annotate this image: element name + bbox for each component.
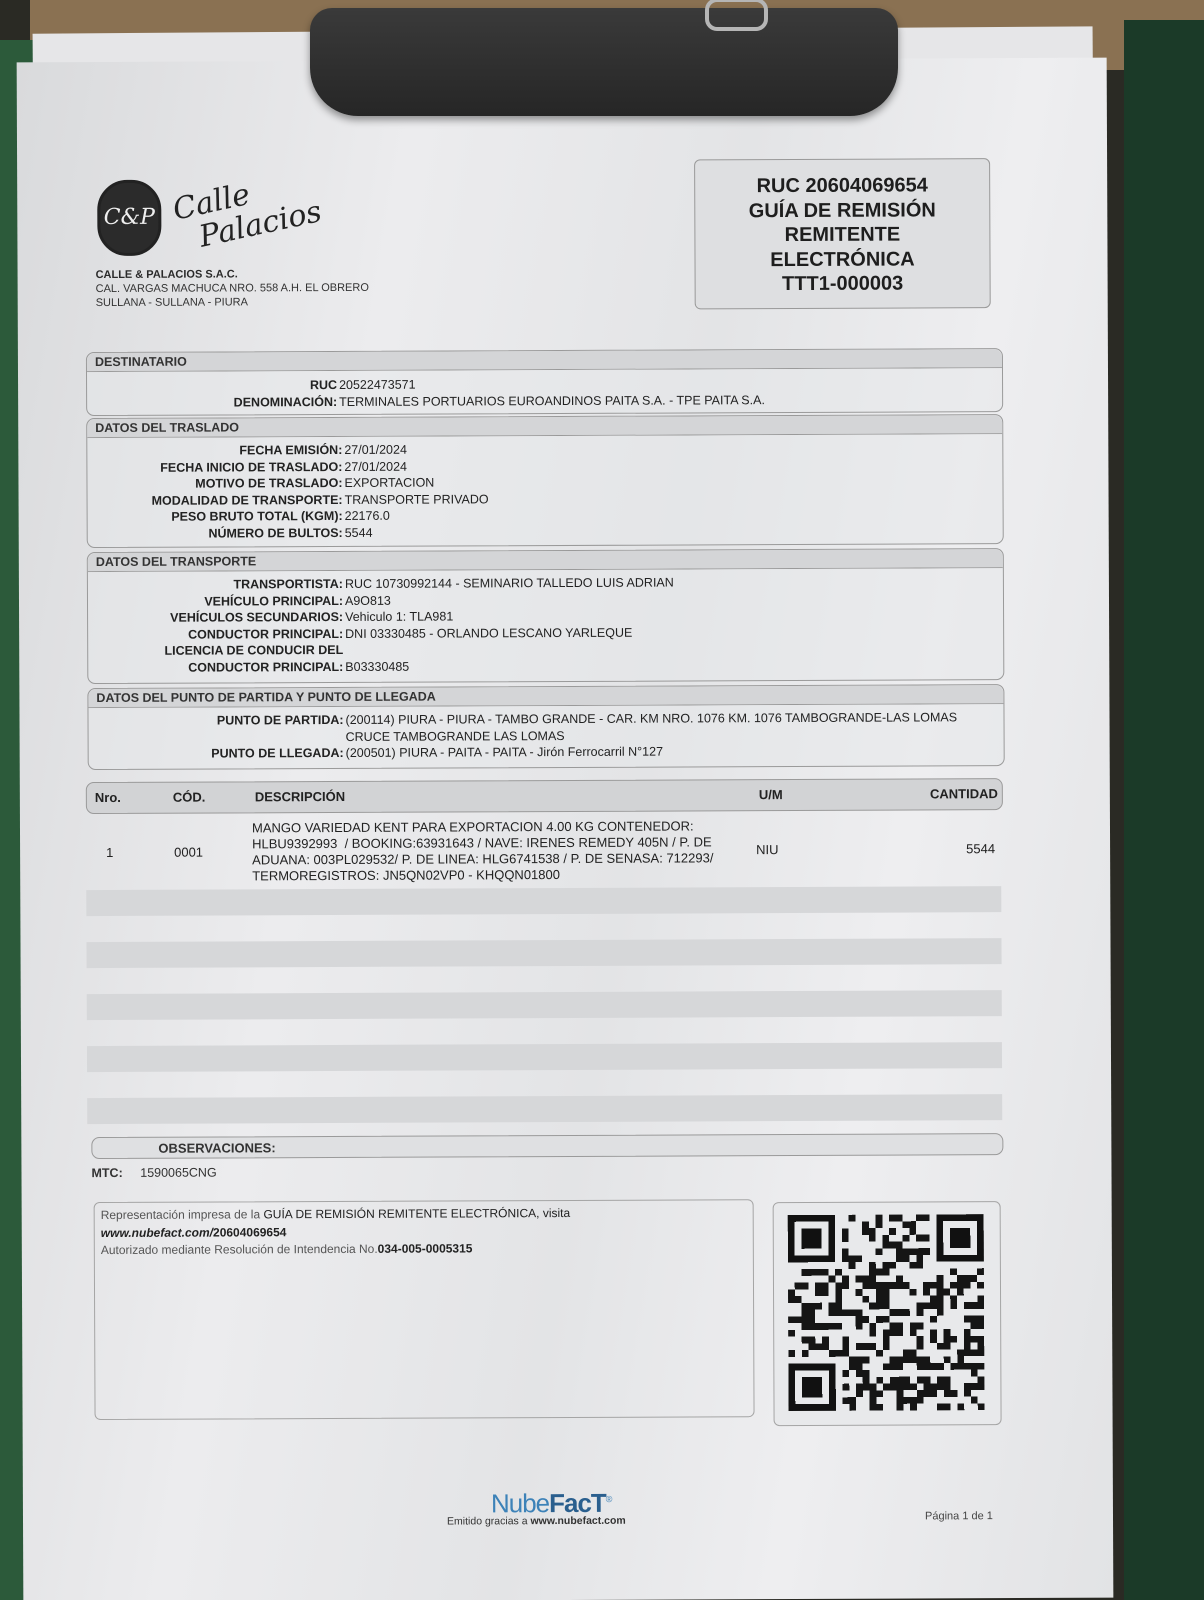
field-label: FECHA EMISIÓN: xyxy=(87,442,342,460)
field-label: NÚMERO DE BULTOS: xyxy=(88,524,343,542)
doc-title: REMITENTE xyxy=(695,222,989,248)
field-label: MODALIDAD DE TRANSPORTE: xyxy=(88,491,343,509)
field-value: (200501) PIURA - PAITA - PAITA - Jirón F… xyxy=(344,742,1004,761)
field-label: VEHÍCULOS SECUNDARIOS: xyxy=(88,609,343,627)
representation-box: Representación impresa de la GUÍA DE REM… xyxy=(94,1199,755,1420)
table-row: 1 0001 MANGO VARIEDAD KENT PARA EXPORTAC… xyxy=(86,813,1001,889)
field-label: DENOMINACIÓN: xyxy=(87,393,337,411)
doc-number: TTT1-000003 xyxy=(696,271,990,297)
field-label: TRANSPORTISTA: xyxy=(88,576,343,594)
cell-descripcion: MANGO VARIEDAD KENT PARA EXPORTACION 4.0… xyxy=(252,818,752,884)
desc-line: TERMOREGISTROS: JN5QN02VP0 - KHQQN01800 xyxy=(252,866,752,884)
rep-text: , visita xyxy=(536,1206,570,1220)
items-table-header: Nro. CÓD. DESCRIPCIÓN U/M CANTIDAD xyxy=(86,778,1003,814)
field-label: LICENCIA DE CONDUCIR DEL xyxy=(88,642,343,660)
clipboard-clip xyxy=(310,8,898,116)
field-label: PUNTO DE LLEGADA: xyxy=(89,745,344,763)
brand-light: Nube xyxy=(491,1488,549,1518)
cell-cantidad: 5544 xyxy=(966,841,995,857)
field-value: 20522473571 xyxy=(337,377,416,394)
col-cantidad: CANTIDAD xyxy=(930,779,998,809)
empty-row xyxy=(87,1094,1002,1124)
observaciones-bar: OBSERVACIONES: xyxy=(91,1133,1003,1159)
field-row: NÚMERO DE BULTOS:5544 xyxy=(88,522,1003,542)
field-label: VEHÍCULO PRINCIPAL: xyxy=(88,592,343,610)
field-value: 5544 xyxy=(343,522,1003,541)
mtc-label: MTC: xyxy=(91,1166,122,1180)
col-cod: CÓD. xyxy=(173,783,206,813)
cell-nro: 1 xyxy=(106,845,113,861)
section-transporte: DATOS DEL TRANSPORTE TRANSPORTISTA:RUC 1… xyxy=(87,548,1005,684)
emit-url[interactable]: www.nubefact.com xyxy=(530,1515,625,1527)
cell-cod: 0001 xyxy=(174,845,203,861)
col-um: U/M xyxy=(759,780,783,810)
company-logo-script: Calle Palacios xyxy=(170,165,324,258)
document-page: C&P Calle Palacios CALLE & PALACIOS S.A.… xyxy=(17,58,1114,1600)
clip-ring xyxy=(705,0,768,31)
field-value: (200114) PIURA - PIURA - TAMBO GRANDE - … xyxy=(343,709,1003,745)
company-name: CALLE & PALACIOS S.A.C. xyxy=(96,267,369,282)
field-value: B03330485 xyxy=(343,656,1003,675)
document-id-box: RUC 20604069654 GUÍA DE REMISIÓN REMITEN… xyxy=(694,158,991,309)
mtc-value: 1590065CNG xyxy=(126,1166,217,1180)
issuer-ruc: RUC 20604069654 xyxy=(695,173,989,199)
field-label: PESO BRUTO TOTAL (KGM): xyxy=(88,508,343,526)
qr-box xyxy=(773,1201,1002,1426)
col-descripcion: DESCRIPCIÓN xyxy=(255,782,345,812)
empty-row xyxy=(86,938,1001,968)
doc-title: ELECTRÓNICA xyxy=(695,247,989,273)
field-label: CONDUCTOR PRINCIPAL: xyxy=(88,658,343,676)
field-row: PUNTO DE PARTIDA:(200114) PIURA - PIURA … xyxy=(88,709,1003,746)
field-label: CONDUCTOR PRINCIPAL: xyxy=(88,625,343,643)
clipboard-edge xyxy=(1124,20,1204,1600)
emitted-by: Emitido gracias a www.nubefact.com xyxy=(447,1515,626,1528)
company-logo-icon: C&P xyxy=(97,180,161,256)
cell-um: NIU xyxy=(756,842,778,858)
url-ruc[interactable]: 20604069654 xyxy=(213,1225,286,1239)
section-destinatario: DESTINATARIO RUC20522473571 DENOMINACIÓN… xyxy=(86,348,1003,416)
desc-line: ADUANA: 003PL029532/ P. DE LINEA: HLG674… xyxy=(252,850,752,868)
company-city: SULLANA - SULLANA - PIURA xyxy=(96,295,369,310)
field-label: FECHA INICIO DE TRASLADO: xyxy=(87,458,342,476)
field-row: CONDUCTOR PRINCIPAL:B03330485 xyxy=(88,656,1003,676)
brand-strong: FacT xyxy=(549,1488,606,1518)
field-label: PUNTO DE PARTIDA: xyxy=(88,712,343,746)
rep-doc-type: GUÍA DE REMISIÓN REMITENTE ELECTRÓNICA xyxy=(263,1206,536,1221)
rep-text: Representación impresa de la xyxy=(101,1207,264,1222)
page-number: Página 1 de 1 xyxy=(925,1510,993,1522)
qr-code-icon xyxy=(788,1214,985,1411)
empty-row xyxy=(86,886,1001,916)
emit-text: Emitido gracias a xyxy=(447,1515,531,1527)
empty-row xyxy=(87,990,1002,1020)
company-info: CALLE & PALACIOS S.A.C. CAL. VARGAS MACH… xyxy=(96,267,369,310)
company-address: CAL. VARGAS MACHUCA NRO. 558 A.H. EL OBR… xyxy=(96,281,369,296)
doc-title: GUÍA DE REMISIÓN xyxy=(695,198,989,224)
section-puntos: DATOS DEL PUNTO DE PARTIDA Y PUNTO DE LL… xyxy=(87,684,1004,770)
field-row: PUNTO DE LLEGADA:(200501) PIURA - PAITA … xyxy=(89,742,1004,762)
col-nro: Nro. xyxy=(95,783,121,813)
section-traslado: DATOS DEL TRASLADO FECHA EMISIÓN:27/01/2… xyxy=(86,414,1004,548)
field-label: MOTIVO DE TRASLADO: xyxy=(87,475,342,493)
field-value: TERMINALES PORTUARIOS EUROANDINOS PAITA … xyxy=(337,392,765,410)
auth-text: Autorizado mediante Resolución de Intend… xyxy=(101,1242,378,1257)
auth-number: 034-005-0005315 xyxy=(378,1241,473,1255)
field-label: RUC xyxy=(87,377,337,395)
field-row: DENOMINACIÓN:TERMINALES PORTUARIOS EUROA… xyxy=(87,391,1002,411)
url-prefix[interactable]: www.nubefact.com/ xyxy=(101,1225,213,1239)
mtc-row: MTC: 1590065CNG xyxy=(91,1166,216,1181)
authorization-line: Autorizado mediante Resolución de Intend… xyxy=(101,1239,747,1259)
empty-row xyxy=(87,1042,1002,1072)
